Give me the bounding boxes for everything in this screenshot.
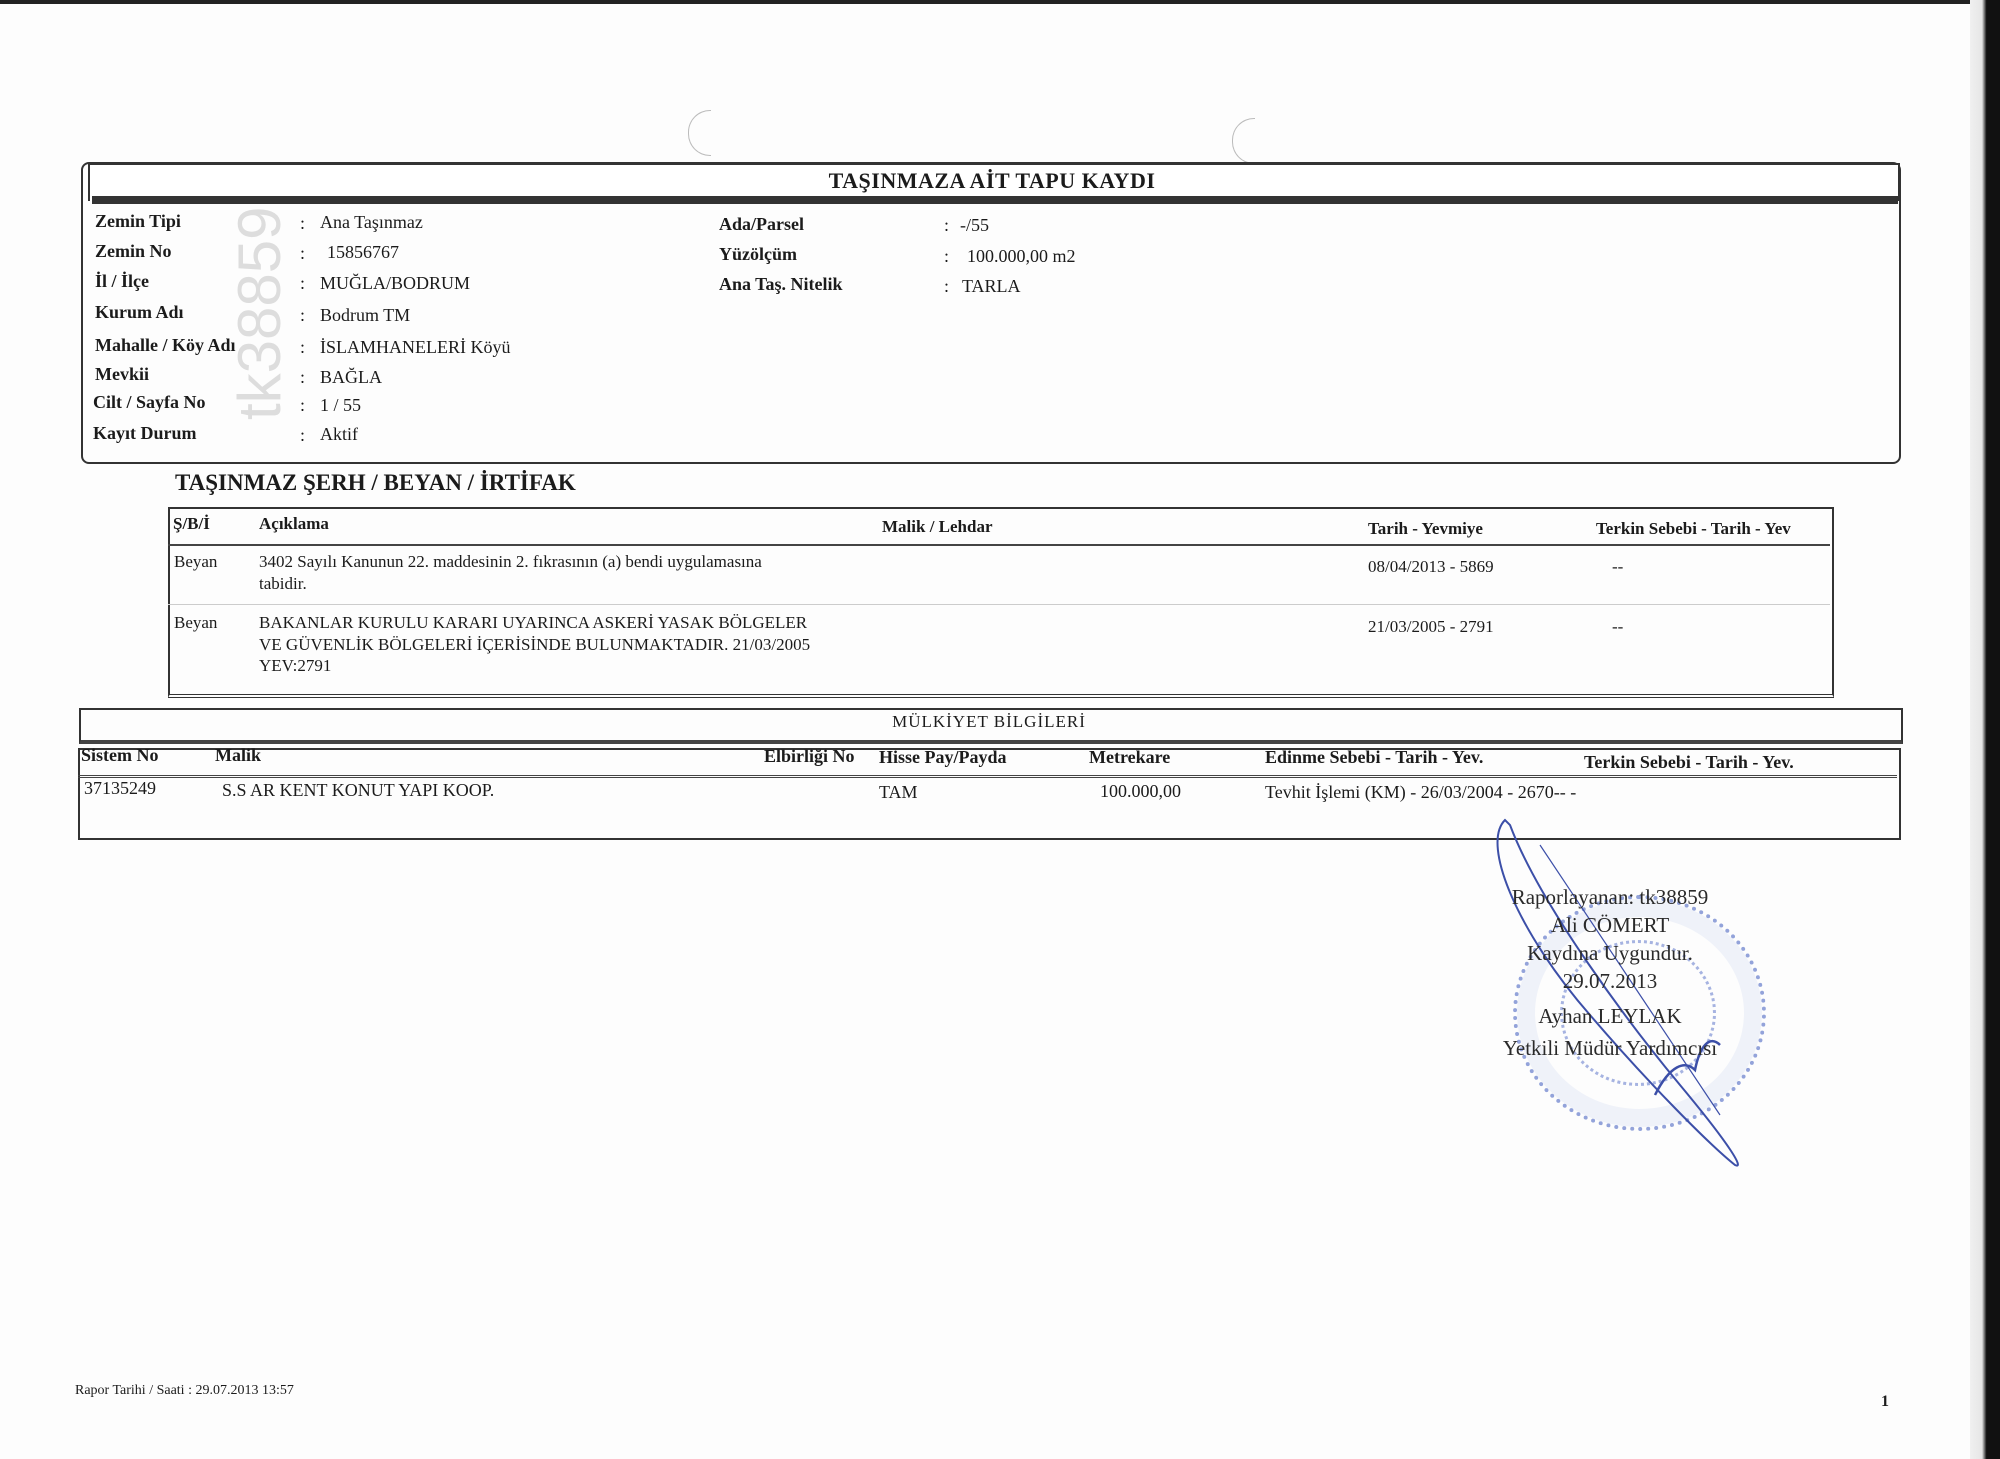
col-header: Sistem No <box>81 745 159 766</box>
handwritten-signature-icon <box>1480 815 1760 1175</box>
colon: : <box>300 273 305 294</box>
punch-hole-mark <box>688 110 711 156</box>
colon: : <box>944 246 949 267</box>
conformity-note: Kaydına Uygundur. <box>1480 941 1740 966</box>
cell-date: 08/04/2013 - 5869 <box>1368 557 1494 576</box>
cell-share: TAM <box>879 783 918 802</box>
field-value: 100.000,00 m2 <box>967 246 1076 267</box>
ownership-title: MÜLKİYET BİLGİLERİ <box>79 712 1899 732</box>
cell-acquisition: Tevhit İşlemi (KM) - 26/03/2004 - 2670--… <box>1265 783 1576 802</box>
field-label: Mahalle / Köy Adı <box>95 335 236 356</box>
cell-description-line: 3402 Sayılı Kanunun 22. maddesinin 2. fı… <box>259 552 762 571</box>
header-rule <box>168 544 1830 546</box>
cell-type: Beyan <box>174 613 217 632</box>
field-value: 15856767 <box>327 242 399 263</box>
cell-description-line: VE GÜVENLİK BÖLGELERİ İÇERİSİNDE BULUNMA… <box>259 635 810 654</box>
cell-type: Beyan <box>174 552 217 571</box>
reporter-name: Ali CÖMERT <box>1480 913 1740 938</box>
col-header: Terkin Sebebi - Tarih - Yev. <box>1584 752 1794 773</box>
field-label: Zemin No <box>95 241 172 262</box>
user-watermark: tk38859 <box>225 206 294 420</box>
cell-description-line: tabidir. <box>259 574 307 593</box>
report-datetime: Rapor Tarihi / Saati : 29.07.2013 13:57 <box>75 1383 294 1399</box>
field-label: Zemin Tipi <box>95 211 181 232</box>
col-header: Malik <box>215 745 261 766</box>
field-value: TARLA <box>962 276 1021 297</box>
cell-system-no: 37135249 <box>84 779 156 798</box>
colon: : <box>300 395 305 416</box>
header-rule <box>78 775 1897 778</box>
field-value: BAĞLA <box>320 367 382 388</box>
col-header: Elbirliği No <box>764 746 855 767</box>
field-value: -/55 <box>960 215 989 236</box>
approver-title: Yetkili Müdür Yardımcısı <box>1480 1036 1740 1061</box>
annotations-title: TAŞINMAZ ŞERH / BEYAN / İRTİFAK <box>175 470 576 496</box>
col-header: Metrekare <box>1089 747 1170 768</box>
col-header: Tarih - Yevmiye <box>1368 519 1483 539</box>
colon: : <box>300 243 305 264</box>
colon: : <box>944 276 949 297</box>
field-value: MUĞLA/BODRUM <box>320 273 470 294</box>
field-value: Ana Taşınmaz <box>320 212 423 233</box>
cell-date: 21/03/2005 - 2791 <box>1368 617 1494 636</box>
col-header: Hisse Pay/Payda <box>879 747 1007 768</box>
col-header: Malik / Lehdar <box>882 517 993 537</box>
col-header: Açıklama <box>259 514 329 534</box>
cell-description-line: BAKANLAR KURULU KARARI UYARINCA ASKERİ Y… <box>259 613 807 632</box>
field-value: Bodrum TM <box>320 305 410 326</box>
colon: : <box>300 305 305 326</box>
colon: : <box>300 337 305 358</box>
field-label: Cilt / Sayfa No <box>93 392 206 413</box>
approval-date: 29.07.2013 <box>1480 969 1740 994</box>
col-header: Terkin Sebebi - Tarih - Yev <box>1596 519 1791 539</box>
field-label: Kayıt Durum <box>93 423 197 444</box>
annotations-table <box>168 507 1834 698</box>
row-divider <box>168 604 1830 605</box>
cell-owner: S.S AR KENT KONUT YAPI KOOP. <box>222 781 494 800</box>
colon: : <box>300 367 305 388</box>
field-label: Ada/Parsel <box>719 214 804 235</box>
field-label: Ana Taş. Nitelik <box>719 274 843 295</box>
field-value: İSLAMHANELERİ Köyü <box>320 337 511 358</box>
field-value: 1 / 55 <box>320 395 361 416</box>
field-label: Mevkii <box>95 364 149 385</box>
col-header: Edinme Sebebi - Tarih - Yev. <box>1265 747 1483 768</box>
property-record-title: TAŞINMAZA AİT TAPU KAYDI <box>88 168 1896 194</box>
punch-hole-mark <box>1232 118 1255 164</box>
cell-cancel: -- <box>1612 557 1623 576</box>
field-label: Yüzölçüm <box>719 244 797 265</box>
approver-name: Ayhan LEYLAK <box>1480 1004 1740 1029</box>
page-number: 1 <box>1881 1393 1889 1411</box>
field-label: İl / İlçe <box>95 271 149 292</box>
cell-cancel: -- <box>1612 617 1623 636</box>
reporter-line: Raporlayanan: tk38859 <box>1480 885 1740 910</box>
colon: : <box>944 215 949 236</box>
colon: : <box>300 425 305 446</box>
scan-top-edge <box>0 0 2000 4</box>
cell-description-line: YEV:2791 <box>259 656 331 675</box>
field-label: Kurum Adı <box>95 302 184 323</box>
field-value: Aktif <box>320 424 358 445</box>
cell-area: 100.000,00 <box>1100 782 1181 801</box>
col-header: Ş/B/İ <box>173 514 210 534</box>
header-shadow-bar <box>92 196 1898 204</box>
colon: : <box>300 213 305 234</box>
scan-right-edge <box>1970 0 2000 1459</box>
